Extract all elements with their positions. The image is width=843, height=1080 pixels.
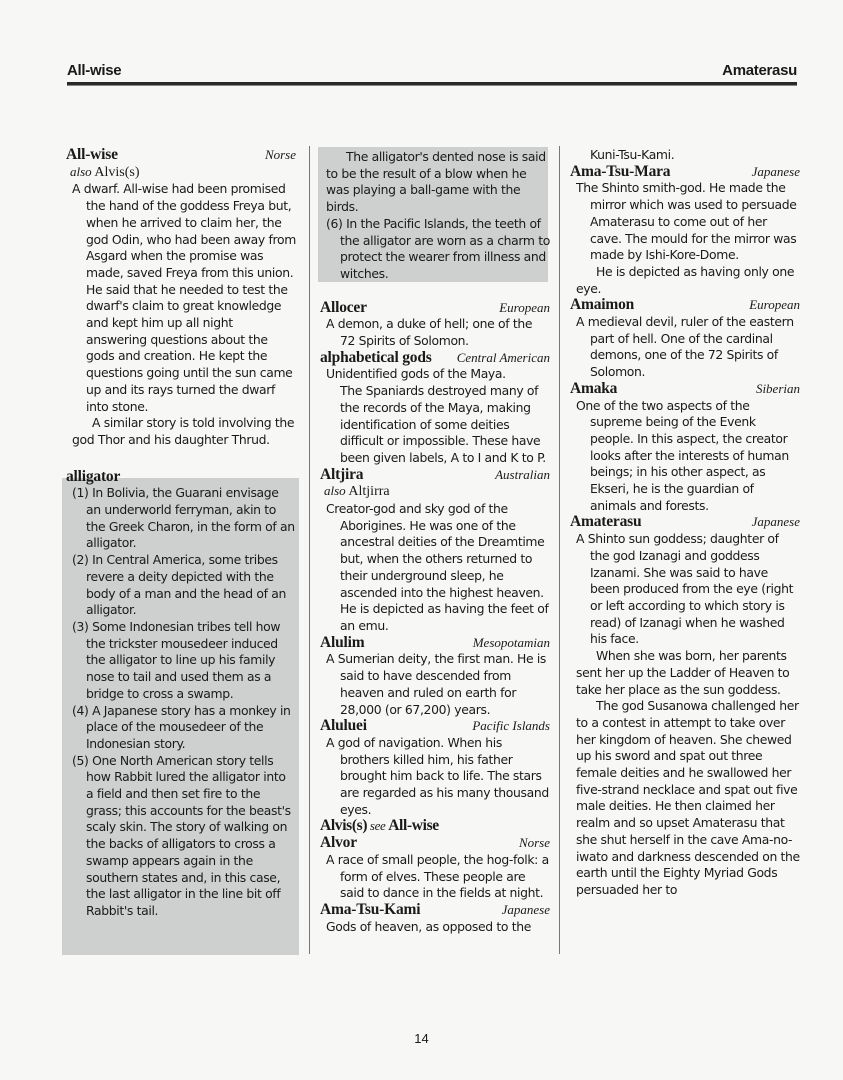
page-number: 14 <box>0 1031 843 1046</box>
definition: Unidentified gods of the Maya. <box>320 366 550 383</box>
definition: The Shinto smith-god. He made the mirror… <box>570 180 800 264</box>
list-item: (2) In Central America, some tribes reve… <box>66 552 296 619</box>
entry-alviss-cross-reference: Alvis(s) see All-wise <box>320 818 550 835</box>
cross-reference-link[interactable]: All-wise <box>388 817 439 834</box>
entry-alligator-continued: The alligator's dented nose is said to b… <box>320 147 550 283</box>
definition-continued: Kuni-Tsu-Kami. <box>570 147 800 164</box>
column-2: The alligator's dented nose is said to b… <box>320 147 550 935</box>
definition: A Shinto sun goddess; daughter of the go… <box>570 531 800 648</box>
entry-ama-tsu-kami: Ama-Tsu-KamiJapanese Gods of heaven, as … <box>320 902 550 935</box>
headword: Alulim <box>320 635 364 652</box>
origin-label: Central American <box>457 350 550 367</box>
column-divider <box>559 146 560 954</box>
definition: A medieval devil, ruler of the eastern p… <box>570 314 800 381</box>
running-head-left: All-wise <box>67 62 121 79</box>
origin-label: Norse <box>265 147 296 164</box>
list-item: (5) One North American story tells how R… <box>66 753 296 920</box>
entry-allocer: AllocerEuropean A demon, a duke of hell;… <box>320 300 550 350</box>
definition-paragraph: The god Susanowa challenged her to a con… <box>570 698 800 898</box>
headword: Ama-Tsu-Mara <box>570 164 670 181</box>
headword: Ama-Tsu-Kami <box>320 902 420 919</box>
entry-amaimon: AmaimonEuropean A medieval devil, ruler … <box>570 297 800 381</box>
see-label: see <box>370 818 386 833</box>
origin-label: European <box>499 300 550 317</box>
entry-altjira: AltjiraAustralian also Altjirra Creator-… <box>320 467 550 635</box>
also-label: also <box>70 164 92 179</box>
origin-label: Pacific Islands <box>472 718 550 735</box>
entry-ama-tsu-mara: Ama-Tsu-MaraJapanese The Shinto smith-go… <box>570 164 800 298</box>
definition: A demon, a duke of hell; one of the 72 S… <box>320 316 550 349</box>
headword: Amaterasu <box>570 514 641 531</box>
definition: A race of small people, the hog-folk: a … <box>320 852 550 902</box>
entry-alulim: AlulimMesopotamian A Sumerian deity, the… <box>320 635 550 719</box>
origin-label: Siberian <box>756 381 800 398</box>
headword: alligator <box>66 469 120 486</box>
entry-all-wise: All-wise Norse also Alvis(s) A dwarf. Al… <box>66 147 296 449</box>
definition-paragraph: The alligator's dented nose is said to b… <box>320 149 550 216</box>
headword: Aluluei <box>320 718 367 735</box>
definition-paragraph: When she was born, her parents sent her … <box>570 648 800 698</box>
origin-label: Japanese <box>752 514 800 531</box>
definition: Creator-god and sky god of the Aborigine… <box>320 501 550 635</box>
origin-label: Norse <box>519 835 550 852</box>
also-label: also <box>324 483 346 498</box>
headword: Alvis(s) <box>320 817 367 834</box>
definition-paragraph: A similar story is told involving the go… <box>66 415 296 448</box>
entry-alligator: alligator (1) In Bolivia, the Guarani en… <box>66 469 296 920</box>
column-1: All-wise Norse also Alvis(s) A dwarf. Al… <box>66 147 296 920</box>
entry-alvor: AlvorNorse A race of small people, the h… <box>320 835 550 902</box>
definition-paragraph: The Spaniards destroyed many of the reco… <box>320 383 550 467</box>
definition: A dwarf. All-wise had been promised the … <box>66 181 296 415</box>
origin-label: Mesopotamian <box>473 635 550 652</box>
header-rule <box>67 82 797 86</box>
running-head-right: Amaterasu <box>722 62 797 79</box>
list-item: (1) In Bolivia, the Guarani envisage an … <box>66 485 296 552</box>
column-3: Kuni-Tsu-Kami. Ama-Tsu-MaraJapanese The … <box>570 147 800 899</box>
headword: alphabetical gods <box>320 350 432 367</box>
running-head: All-wise Amaterasu <box>67 62 797 82</box>
column-divider <box>309 146 310 954</box>
also-value: Altjirra <box>348 484 389 499</box>
also-value: Alvis(s) <box>94 165 139 180</box>
headword: All-wise <box>66 147 118 164</box>
entry-aluluei: AlulueiPacific Islands A god of navigati… <box>320 718 550 818</box>
list-item: (6) In the Pacific Islands, the teeth of… <box>320 216 550 283</box>
origin-label: Australian <box>495 467 550 484</box>
definition: Gods of heaven, as opposed to the <box>320 919 550 936</box>
list-item: (3) Some Indonesian tribes tell how the … <box>66 619 296 703</box>
entry-amaterasu: AmaterasuJapanese A Shinto sun goddess; … <box>570 514 800 898</box>
entry-amaka: AmakaSiberian One of the two aspects of … <box>570 381 800 515</box>
definition: One of the two aspects of the supreme be… <box>570 398 800 515</box>
list-item: (4) A Japanese story has a monkey in pla… <box>66 703 296 753</box>
origin-label: Japanese <box>502 902 550 919</box>
headword: Amaka <box>570 381 617 398</box>
entry-alphabetical-gods: alphabetical godsCentral American Uniden… <box>320 350 550 467</box>
origin-label: European <box>749 297 800 314</box>
headword: Alvor <box>320 835 357 852</box>
headword: Altjira <box>320 467 363 484</box>
headword: Amaimon <box>570 297 634 314</box>
origin-label: Japanese <box>752 164 800 181</box>
headword: Allocer <box>320 300 367 317</box>
definition: A Sumerian deity, the first man. He is s… <box>320 651 550 718</box>
definition: A god of navigation. When his brothers k… <box>320 735 550 819</box>
definition-paragraph: He is depicted as having only one eye. <box>570 264 800 297</box>
